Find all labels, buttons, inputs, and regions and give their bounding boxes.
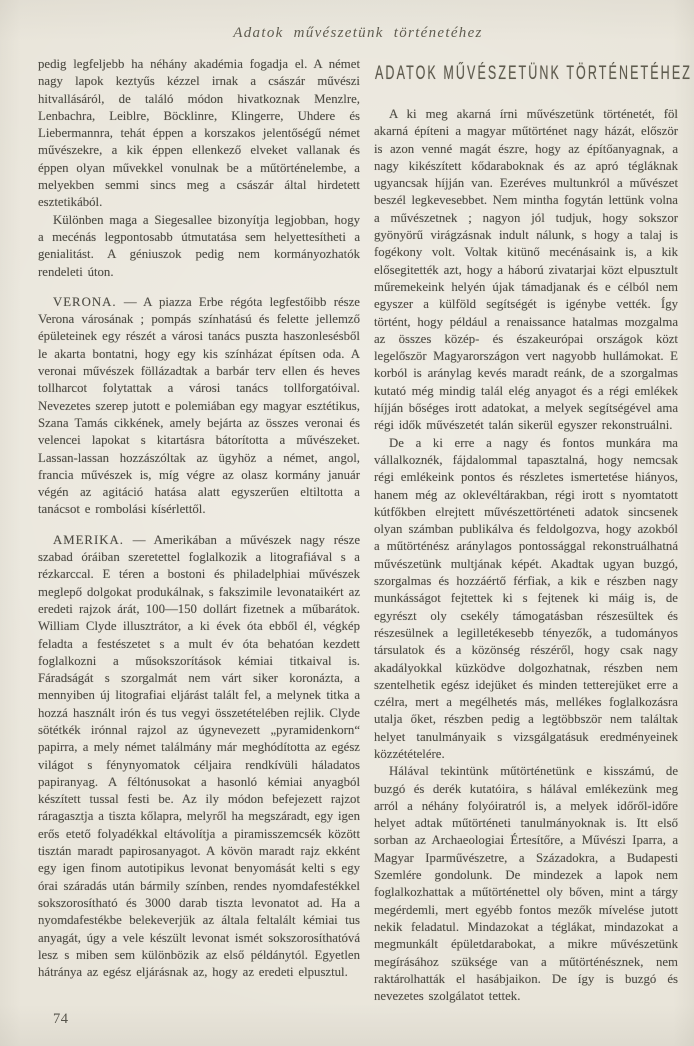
- section-lead: VERONA.: [53, 295, 117, 309]
- paragraph: De a ki erre a nagy és fontos munkára ma…: [374, 435, 678, 764]
- paragraph-verona: VERONA. — A piazza Erbe régóta legfestői…: [38, 294, 360, 519]
- paragraph: Különben maga a Siegesallee bizonyítja l…: [38, 212, 360, 281]
- running-header: Adatok művészetünk történetéhez: [38, 25, 678, 42]
- left-column: pedig legfeljebb ha néhány akadémia foga…: [38, 56, 360, 981]
- section-lead: AMERIKA.: [53, 533, 124, 547]
- page-number: 74: [53, 1011, 69, 1028]
- article-heading: ADATOK MŰVÉSZETÜNK TÖRTÉNETÉHEZ: [375, 62, 678, 84]
- paragraph-amerika: AMERIKA. — Amerikában a művészek nagy ré…: [38, 532, 360, 982]
- right-column: ADATOK MŰVÉSZETÜNK TÖRTÉNETÉHEZ A ki meg…: [374, 62, 678, 1005]
- paragraph-text: — A piazza Erbe régóta legfestőibb része…: [38, 295, 360, 517]
- paragraph: Hálával tekintünk műtörténetünk e kisszá…: [374, 763, 678, 1005]
- paragraph: pedig legfeljebb ha néhány akadémia foga…: [38, 56, 360, 212]
- scanned-magazine-page: Adatok művészetünk történetéhez pedig le…: [0, 0, 694, 1046]
- paragraph: A ki meg akarná írni művészetünk történe…: [374, 106, 678, 435]
- paragraph-text: — Amerikában a művészek nagy része szaba…: [38, 533, 360, 979]
